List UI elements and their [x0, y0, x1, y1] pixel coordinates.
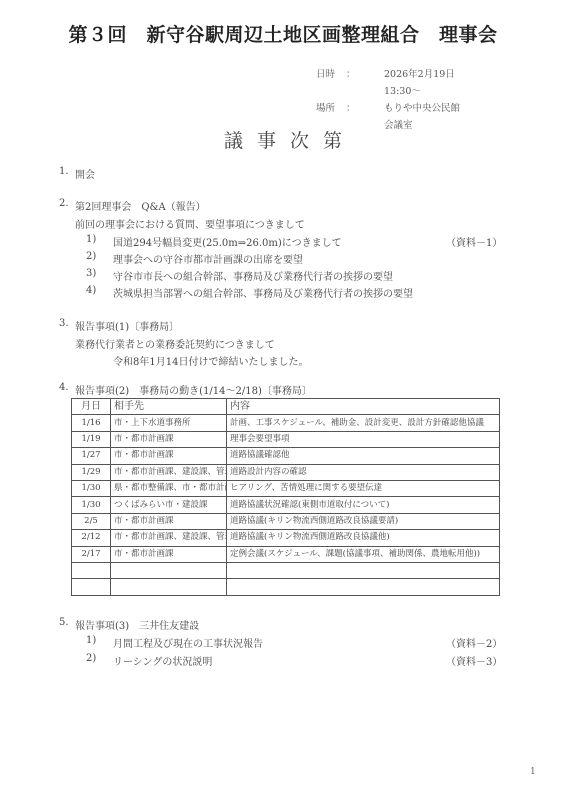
section-2-item-2-number: 2) — [86, 251, 96, 262]
section-2-item-3-text: 守谷市市長への組合幹部、事務局及び業務代行者の挨拶の要望 — [113, 268, 393, 283]
table-row: 1/30 つくばみらい市・建設課 道路協議状況確認(東側市道取付について) — [72, 497, 500, 513]
section-5-item-2-text: リーシングの状況説明 — [113, 653, 212, 668]
section-5-item-2-ref: （資料－3） — [446, 653, 502, 668]
section-3-number: 3. — [59, 318, 69, 329]
cell-date: 2/12 — [72, 530, 111, 546]
date-value: 2026年2月19日 — [384, 66, 455, 80]
table-row: 2/17 市・都市計画課 定例会議(スケジュール、課題(協議事項、補助関係、農地… — [72, 546, 500, 562]
table-row: 2/5 市・都市計画課 道路協議(キリン物流西側道路改良協議要請) — [72, 513, 500, 529]
table-row: 1/16 市・上下水道事務所 計画、工事スケジュール、補助金、設計変更、設計方針… — [72, 415, 500, 431]
cell-content: 定例会議(スケジュール、課題(協議事項、補助関係、農地転用他)) — [227, 546, 500, 562]
place-separator: ： — [346, 100, 356, 114]
table-row: 1/30 県・都市整備課、市・都市計画課 ヒアリング、苦情処理に関する要望伝達 — [72, 480, 500, 496]
cell-content: 道路協議確認他 — [227, 448, 500, 464]
activity-table: 月日 相手先 内容 1/16 市・上下水道事務所 計画、工事スケジュール、補助金… — [71, 398, 500, 596]
cell-date: 1/30 — [72, 497, 111, 513]
cell-counterparty: 市・都市計画課 — [111, 431, 227, 447]
table-header-row: 月日 相手先 内容 — [72, 399, 500, 415]
table-row: 1/29 市・都市計画課、建設課、管理課 道路設計内容の確認 — [72, 464, 500, 480]
table-row-empty — [72, 562, 500, 578]
cell-date: 1/27 — [72, 448, 111, 464]
cell-content: ヒアリング、苦情処理に関する要望伝達 — [227, 480, 500, 496]
cell-date — [72, 562, 111, 578]
cell-content: 道路協議(キリン物流西側道路改良協議他) — [227, 530, 500, 546]
cell-date — [72, 579, 111, 595]
section-2-item-2-text: 理事会への守谷市都市計画課の出席を要望 — [113, 251, 303, 266]
cell-content: 道路協議状況確認(東側市道取付について) — [227, 497, 500, 513]
header-content: 内容 — [227, 399, 500, 415]
section-5-item-2-number: 2) — [86, 653, 96, 664]
cell-counterparty: 市・上下水道事務所 — [111, 415, 227, 431]
section-3-title: 報告事項(1)〔事務局〕 — [75, 318, 179, 333]
section-2-item-4-text: 茨城県担当部署への組合幹部、事務局及び業務代行者の挨拶の要望 — [113, 285, 413, 300]
section-3-line-1: 業務代行業者との業務委託契約につきまして — [75, 336, 275, 351]
cell-counterparty: 市・都市計画課 — [111, 513, 227, 529]
section-2-item-1-number: 1) — [86, 234, 96, 245]
cell-content: 道路協議(キリン物流西側道路改良協議要請) — [227, 513, 500, 529]
cell-content: 理事会要望事項 — [227, 431, 500, 447]
cell-counterparty: 県・都市整備課、市・都市計画課 — [111, 480, 227, 496]
place-value: もりや中央公民館 — [384, 100, 460, 114]
date-label: 日時 — [316, 66, 335, 80]
page-number: 1 — [530, 767, 536, 777]
cell-counterparty — [111, 579, 227, 595]
section-2-number: 2. — [59, 198, 69, 209]
section-2-title: 第2回理事会 Q&A（報告） — [75, 198, 206, 213]
cell-date: 1/30 — [72, 480, 111, 496]
table-row: 2/12 市・都市計画課、建設課、管理課 道路協議(キリン物流西側道路改良協議他… — [72, 530, 500, 546]
cell-date: 2/17 — [72, 546, 111, 562]
cell-date: 1/19 — [72, 431, 111, 447]
section-5-item-1-text: 月間工程及び現在の工事状況報告 — [113, 635, 263, 650]
section-5-item-1-number: 1) — [86, 635, 96, 646]
cell-counterparty: つくばみらい市・建設課 — [111, 497, 227, 513]
cell-counterparty: 市・都市計画課 — [111, 546, 227, 562]
section-2-intro: 前回の理事会における質問、要望事項につきまして — [75, 216, 305, 231]
cell-content — [227, 562, 500, 578]
section-5-title: 報告事項(3) 三井住友建設 — [75, 617, 199, 632]
cell-counterparty: 市・都市計画課 — [111, 448, 227, 464]
section-2-item-3-number: 3) — [86, 268, 96, 279]
header-counterparty: 相手先 — [111, 399, 227, 415]
section-2-item-1-ref: （資料－1） — [446, 234, 502, 249]
cell-date: 1/29 — [72, 464, 111, 480]
cell-date: 2/5 — [72, 513, 111, 529]
time-value: 13:30～ — [384, 83, 421, 97]
cell-counterparty: 市・都市計画課、建設課、管理課 — [111, 464, 227, 480]
table-row: 1/19 市・都市計画課 理事会要望事項 — [72, 431, 500, 447]
header-date: 月日 — [72, 399, 111, 415]
cell-counterparty — [111, 562, 227, 578]
cell-date: 1/16 — [72, 415, 111, 431]
section-2-item-1-text: 国道294号幅員変更(25.0m⇒26.0m)につきまして — [113, 234, 342, 249]
cell-counterparty: 市・都市計画課、建設課、管理課 — [111, 530, 227, 546]
cell-content: 計画、工事スケジュール、補助金、設計変更、設計方針確認他協議 — [227, 415, 500, 431]
table-row-empty — [72, 579, 500, 595]
cell-content — [227, 579, 500, 595]
section-4-number: 4. — [59, 382, 69, 393]
section-1-number: 1. — [59, 166, 69, 177]
section-2-item-4-number: 4) — [86, 285, 96, 296]
section-5-number: 5. — [59, 617, 69, 628]
place-label: 場所 — [316, 100, 335, 114]
section-4-title: 報告事項(2) 事務局の動き(1/14～2/18)〔事務局〕 — [75, 382, 312, 397]
date-separator: ： — [346, 66, 356, 80]
cell-content: 道路設計内容の確認 — [227, 464, 500, 480]
section-3-line-2: 令和8年1月14日付けで締結いたしました。 — [113, 353, 308, 368]
table-row: 1/27 市・都市計画課 道路協議確認他 — [72, 448, 500, 464]
document-title: 第３回 新守谷駅周辺土地区画整理組合 理事会 — [0, 20, 566, 47]
section-5-item-1-ref: （資料－2） — [446, 635, 502, 650]
section-1-title: 開会 — [75, 166, 95, 181]
agenda-heading: 議事次第 — [0, 126, 566, 153]
